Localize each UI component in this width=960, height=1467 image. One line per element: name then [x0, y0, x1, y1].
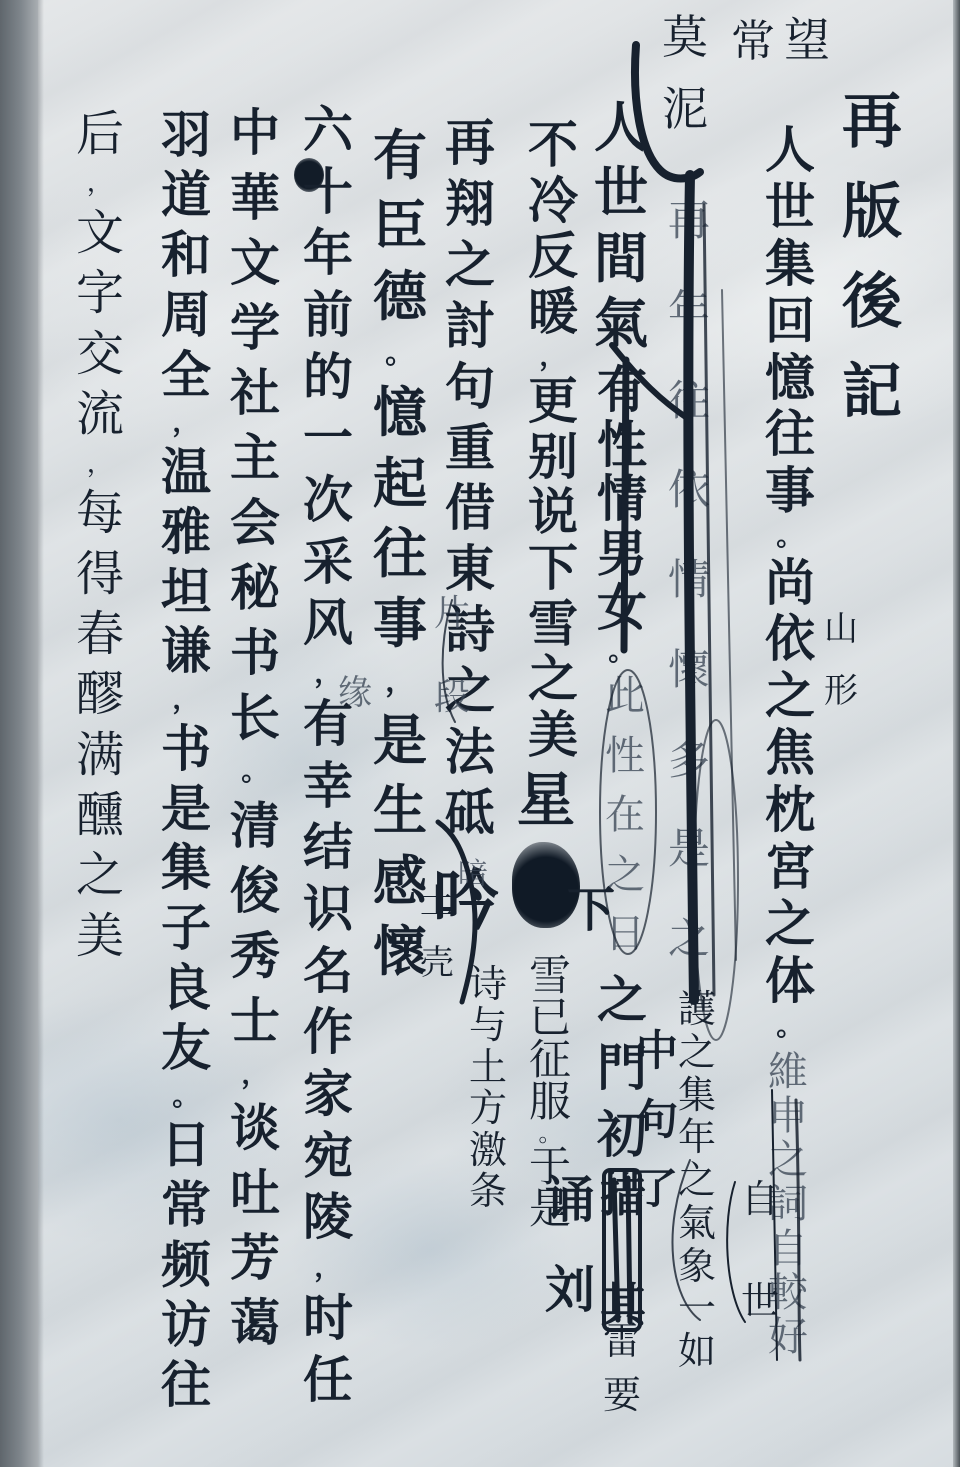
glyph: 字: [76, 269, 124, 317]
text-column-3-top: 莫泥: [655, 14, 715, 132]
glyph: 憶: [765, 353, 815, 403]
glyph: 访: [161, 1300, 211, 1350]
glyph: 书: [161, 724, 211, 774]
glyph: 懷: [668, 649, 710, 691]
text-column-6-c: 诗与土方激条: [462, 965, 514, 1210]
glyph: 六: [303, 105, 353, 155]
glyph: 之: [768, 1140, 808, 1180]
glyph: 世: [594, 165, 648, 219]
glyph: 后: [76, 110, 124, 158]
glyph: ，: [539, 343, 567, 371]
glyph: 性: [597, 420, 647, 470]
glyph: 華: [230, 173, 280, 223]
glyph: 之: [678, 1161, 716, 1199]
glyph: 良: [161, 963, 211, 1013]
strike-outline-column-3: [722, 290, 736, 960]
glyph: 記: [842, 362, 902, 422]
glyph: 事: [765, 466, 815, 516]
glyph: 維: [768, 1052, 808, 1092]
document-title: 再版後記: [836, 92, 908, 422]
glyph: 事: [373, 596, 427, 650]
glyph: 情: [668, 559, 710, 601]
glyph: 得: [76, 550, 124, 598]
glyph: 。: [172, 1083, 200, 1111]
glyph: 。: [776, 523, 804, 551]
glyph: 诗: [469, 965, 507, 1003]
glyph: 作: [303, 1007, 353, 1057]
glyph: 法: [445, 727, 495, 777]
glyph: 後: [842, 272, 902, 332]
glyph: 和: [161, 230, 211, 280]
glyph: 人: [765, 125, 815, 175]
insertion-pianduan: 片段: [430, 596, 474, 716]
glyph: 长: [230, 693, 280, 743]
glyph: 申: [768, 1096, 808, 1136]
glyph: 往: [668, 380, 710, 422]
glyph: ，: [241, 1061, 269, 1089]
glyph: 日: [161, 1120, 211, 1170]
glyph: 討: [445, 301, 495, 351]
glyph: 雪: [529, 955, 571, 997]
insertion-zhongju: 中句了: [632, 1030, 682, 1210]
glyph: 集: [765, 239, 815, 289]
glyph: 学: [230, 303, 280, 353]
glyph: ，: [172, 409, 200, 437]
glyph: 此: [605, 676, 645, 716]
page-right-edge-shadow: [953, 0, 960, 1467]
glyph: 子: [161, 903, 211, 953]
glyph: 风: [303, 598, 353, 648]
glyph: 再: [842, 92, 902, 152]
glyph: 之: [765, 899, 815, 949]
glyph: 谈: [230, 1103, 280, 1153]
text-column-8: 六十年前的一次采风，有幸结识名作家宛陵，时任: [298, 105, 358, 1405]
glyph: 壳: [420, 946, 454, 980]
glyph: 流: [76, 390, 124, 438]
glyph: 名: [303, 946, 353, 996]
glyph: 借: [445, 483, 495, 533]
glyph: 清: [230, 801, 280, 851]
glyph: 重: [445, 423, 495, 473]
glyph: 之: [678, 1033, 716, 1071]
glyph: 缘: [338, 676, 372, 710]
page-left-edge-shadow: [0, 0, 38, 1467]
glyph: 方: [469, 1089, 507, 1127]
glyph: 结: [303, 822, 353, 872]
text-column-4-d: 雷要: [598, 1322, 646, 1414]
glyph: 已: [529, 997, 571, 1039]
glyph: 雪: [528, 599, 578, 649]
text-column-5-e: 诵刘: [540, 1175, 600, 1315]
text-column-7: 有臣德。憶起往事，是生感懷: [368, 128, 432, 978]
glyph: 年: [678, 1118, 716, 1156]
insertion-yuan: 缘: [336, 668, 374, 718]
glyph: 美: [528, 710, 578, 760]
glyph: 别: [528, 432, 578, 482]
glyph: 醺: [76, 791, 124, 839]
glyph: 时: [303, 1293, 353, 1343]
text-column-6-a: 再翔之討句重借東詩之法砥: [440, 118, 500, 838]
glyph: 再: [445, 118, 495, 168]
glyph: 羽: [161, 110, 211, 160]
glyph: 秀: [230, 931, 280, 981]
glyph: 服: [529, 1081, 571, 1123]
glyph: 吐: [230, 1168, 280, 1218]
struck-text-column-3: 再年往依情懷多是之: [662, 200, 716, 960]
text-column-2: 人世集回憶往事。尚依之焦枕宮之体。: [758, 125, 822, 1040]
glyph: 征: [529, 1039, 571, 1081]
glyph: 泥: [662, 86, 708, 132]
glyph: 下: [567, 886, 615, 934]
glyph: ，: [172, 686, 200, 714]
glyph: 美: [76, 912, 124, 960]
glyph: 段: [434, 680, 470, 716]
text-column-5-a: 不冷反暖，更别说下雪之美: [522, 120, 584, 760]
glyph: 女: [597, 583, 647, 633]
glyph: 冷: [528, 176, 578, 226]
glyph: 说: [528, 487, 578, 537]
glyph: 翔: [445, 179, 495, 229]
glyph: 道: [161, 170, 211, 220]
margin-note-top-1: 望: [782, 12, 832, 68]
glyph: 年: [303, 228, 353, 278]
glyph: 暗: [458, 860, 488, 890]
glyph: 体: [765, 956, 815, 1006]
glyph: 片: [434, 596, 470, 632]
glyph: 坦: [161, 567, 211, 617]
glyph: 士: [230, 996, 280, 1046]
glyph: 尚: [765, 558, 815, 608]
glyph: 砥: [445, 788, 495, 838]
margin-note-top-2: 常: [728, 12, 778, 72]
glyph: 在: [605, 795, 645, 835]
glyph: 有: [597, 365, 647, 415]
text-column-4-a: 人世間氣: [590, 100, 652, 350]
glyph: 谦: [161, 626, 211, 676]
glyph: 秘: [230, 563, 280, 613]
glyph: 自: [741, 1180, 779, 1218]
glyph: 年: [668, 290, 710, 332]
glyph: 是: [373, 713, 427, 767]
glyph: 情: [597, 474, 647, 524]
glyph: 之: [765, 671, 815, 721]
glyph: 次: [303, 475, 353, 525]
glyph: 集: [678, 1076, 716, 1114]
glyph: 一: [303, 413, 353, 463]
text-column-9: 中華文学社主会秘书长。清俊秀士，谈吐芳蔼: [225, 108, 285, 1348]
glyph: 了: [636, 1168, 678, 1210]
glyph: 土: [420, 885, 454, 919]
glyph: 生: [373, 783, 427, 837]
glyph: 书: [230, 628, 280, 678]
glyph: 東: [445, 544, 495, 594]
glyph: 世: [741, 1282, 779, 1320]
glyph: 人: [594, 100, 648, 154]
glyph: 多: [668, 739, 710, 781]
glyph: 任: [303, 1355, 353, 1405]
glyph: 德: [373, 269, 427, 323]
glyph: 蔼: [230, 1298, 280, 1348]
glyph: 性: [605, 736, 645, 776]
glyph: 是: [161, 784, 211, 834]
glyph: 家: [303, 1069, 353, 1119]
glyph: 交: [76, 330, 124, 378]
glyph: 的: [303, 352, 353, 402]
glyph: 识: [303, 884, 353, 934]
glyph: 往: [161, 1360, 211, 1410]
glyph: 社: [230, 368, 280, 418]
glyph: ，: [385, 667, 415, 697]
glyph: 間: [594, 231, 648, 285]
glyph: 是: [668, 828, 710, 870]
glyph: 与: [469, 1006, 507, 1044]
glyph: 反: [528, 231, 578, 281]
glyph: 之: [528, 654, 578, 704]
glyph: 土: [469, 1048, 507, 1086]
glyph: 臣: [373, 198, 427, 252]
glyph: 温: [161, 447, 211, 497]
text-column-4-b: 有性情男女。: [592, 365, 652, 665]
glyph: 俊: [230, 866, 280, 916]
glyph: 如: [678, 1332, 716, 1370]
glyph: 主: [230, 433, 280, 483]
glyph: 醪: [76, 670, 124, 718]
glyph: 莫: [662, 14, 708, 60]
glyph: 宛: [303, 1131, 353, 1181]
glyph: 有: [373, 128, 427, 182]
glyph: 条: [469, 1172, 507, 1210]
text-column-11: 后，文字交流，每得春醪满醺之美: [70, 110, 130, 960]
glyph: 版: [842, 182, 902, 242]
glyph: 芳: [230, 1233, 280, 1283]
glyph: 象: [678, 1247, 716, 1285]
glyph: 要: [603, 1376, 641, 1414]
margin-note-side: 山形: [818, 612, 864, 708]
text-column-5-b: 星: [515, 765, 577, 835]
glyph: 常: [731, 20, 775, 64]
glyph: 望: [784, 17, 830, 63]
insertion-an: 暗: [456, 850, 490, 900]
glyph: 句: [636, 1099, 678, 1141]
glyph: 往: [765, 409, 815, 459]
glyph: 氣: [594, 296, 648, 350]
glyph: 。: [776, 1013, 804, 1041]
glyph: 前: [303, 290, 353, 340]
glyph: 一: [678, 1289, 716, 1327]
glyph: 男: [597, 529, 647, 579]
glyph: 之: [668, 918, 710, 960]
glyph: 世: [765, 182, 815, 232]
glyph: 形: [824, 674, 858, 708]
glyph: 依: [668, 469, 710, 511]
glyph: 十: [303, 167, 353, 217]
glyph: ，: [87, 451, 113, 477]
glyph: 诵: [545, 1175, 595, 1225]
glyph: 宮: [765, 842, 815, 892]
glyph: 再: [668, 200, 710, 242]
glyph: 下: [528, 543, 578, 593]
glyph: 文: [230, 238, 280, 288]
glyph: 幸: [303, 761, 353, 811]
glyph: 雷: [603, 1322, 641, 1360]
glyph: 焦: [765, 728, 815, 778]
glyph: 文: [76, 209, 124, 257]
glyph: 之: [597, 975, 647, 1025]
insertion-zishi: 自世: [738, 1180, 782, 1320]
insertion-tuke: 土壳: [418, 885, 456, 980]
glyph: 之: [445, 240, 495, 290]
text-column-5-d: 雪已征服。于是: [520, 955, 580, 1185]
glyph: 依: [765, 614, 815, 664]
glyph: 暖: [528, 287, 578, 337]
text-column-5-c: 下: [566, 880, 616, 940]
glyph: 往: [373, 526, 427, 580]
glyph: 句: [445, 362, 495, 412]
glyph: 频: [161, 1240, 211, 1290]
glyph: 满: [76, 731, 124, 779]
glyph: ，: [314, 1254, 342, 1282]
glyph: 山: [824, 612, 858, 646]
glyph: 。: [385, 339, 415, 369]
glyph: 激: [469, 1131, 507, 1169]
glyph: 憶: [373, 385, 427, 439]
glyph: 雅: [161, 507, 211, 557]
glyph: 全: [161, 350, 211, 400]
glyph: 氣: [678, 1204, 716, 1242]
glyph: 更: [528, 376, 578, 426]
glyph: 回: [765, 296, 815, 346]
glyph: 中: [636, 1030, 678, 1072]
glyph: 陵: [303, 1192, 353, 1242]
glyph: 之: [76, 851, 124, 899]
glyph: 中: [230, 108, 280, 158]
glyph: 每: [76, 489, 124, 537]
text-column-10: 羽道和周全，温雅坦谦，书是集子良友。日常频访往: [155, 110, 217, 1410]
glyph: 枕: [765, 785, 815, 835]
glyph: 会: [230, 498, 280, 548]
glyph: 護: [678, 990, 716, 1028]
glyph: 起: [373, 456, 427, 510]
glyph: ，: [87, 170, 113, 196]
glyph: 采: [303, 537, 353, 587]
glyph: 常: [161, 1180, 211, 1230]
glyph: 友: [161, 1023, 211, 1073]
glyph: 星: [517, 771, 575, 829]
glyph: 不: [528, 120, 578, 170]
glyph: 集: [161, 843, 211, 893]
glyph: 。: [608, 638, 636, 666]
glyph: 周: [161, 290, 211, 340]
glyph: 。: [241, 758, 269, 786]
glyph: 刘: [545, 1265, 595, 1315]
glyph: 春: [76, 610, 124, 658]
